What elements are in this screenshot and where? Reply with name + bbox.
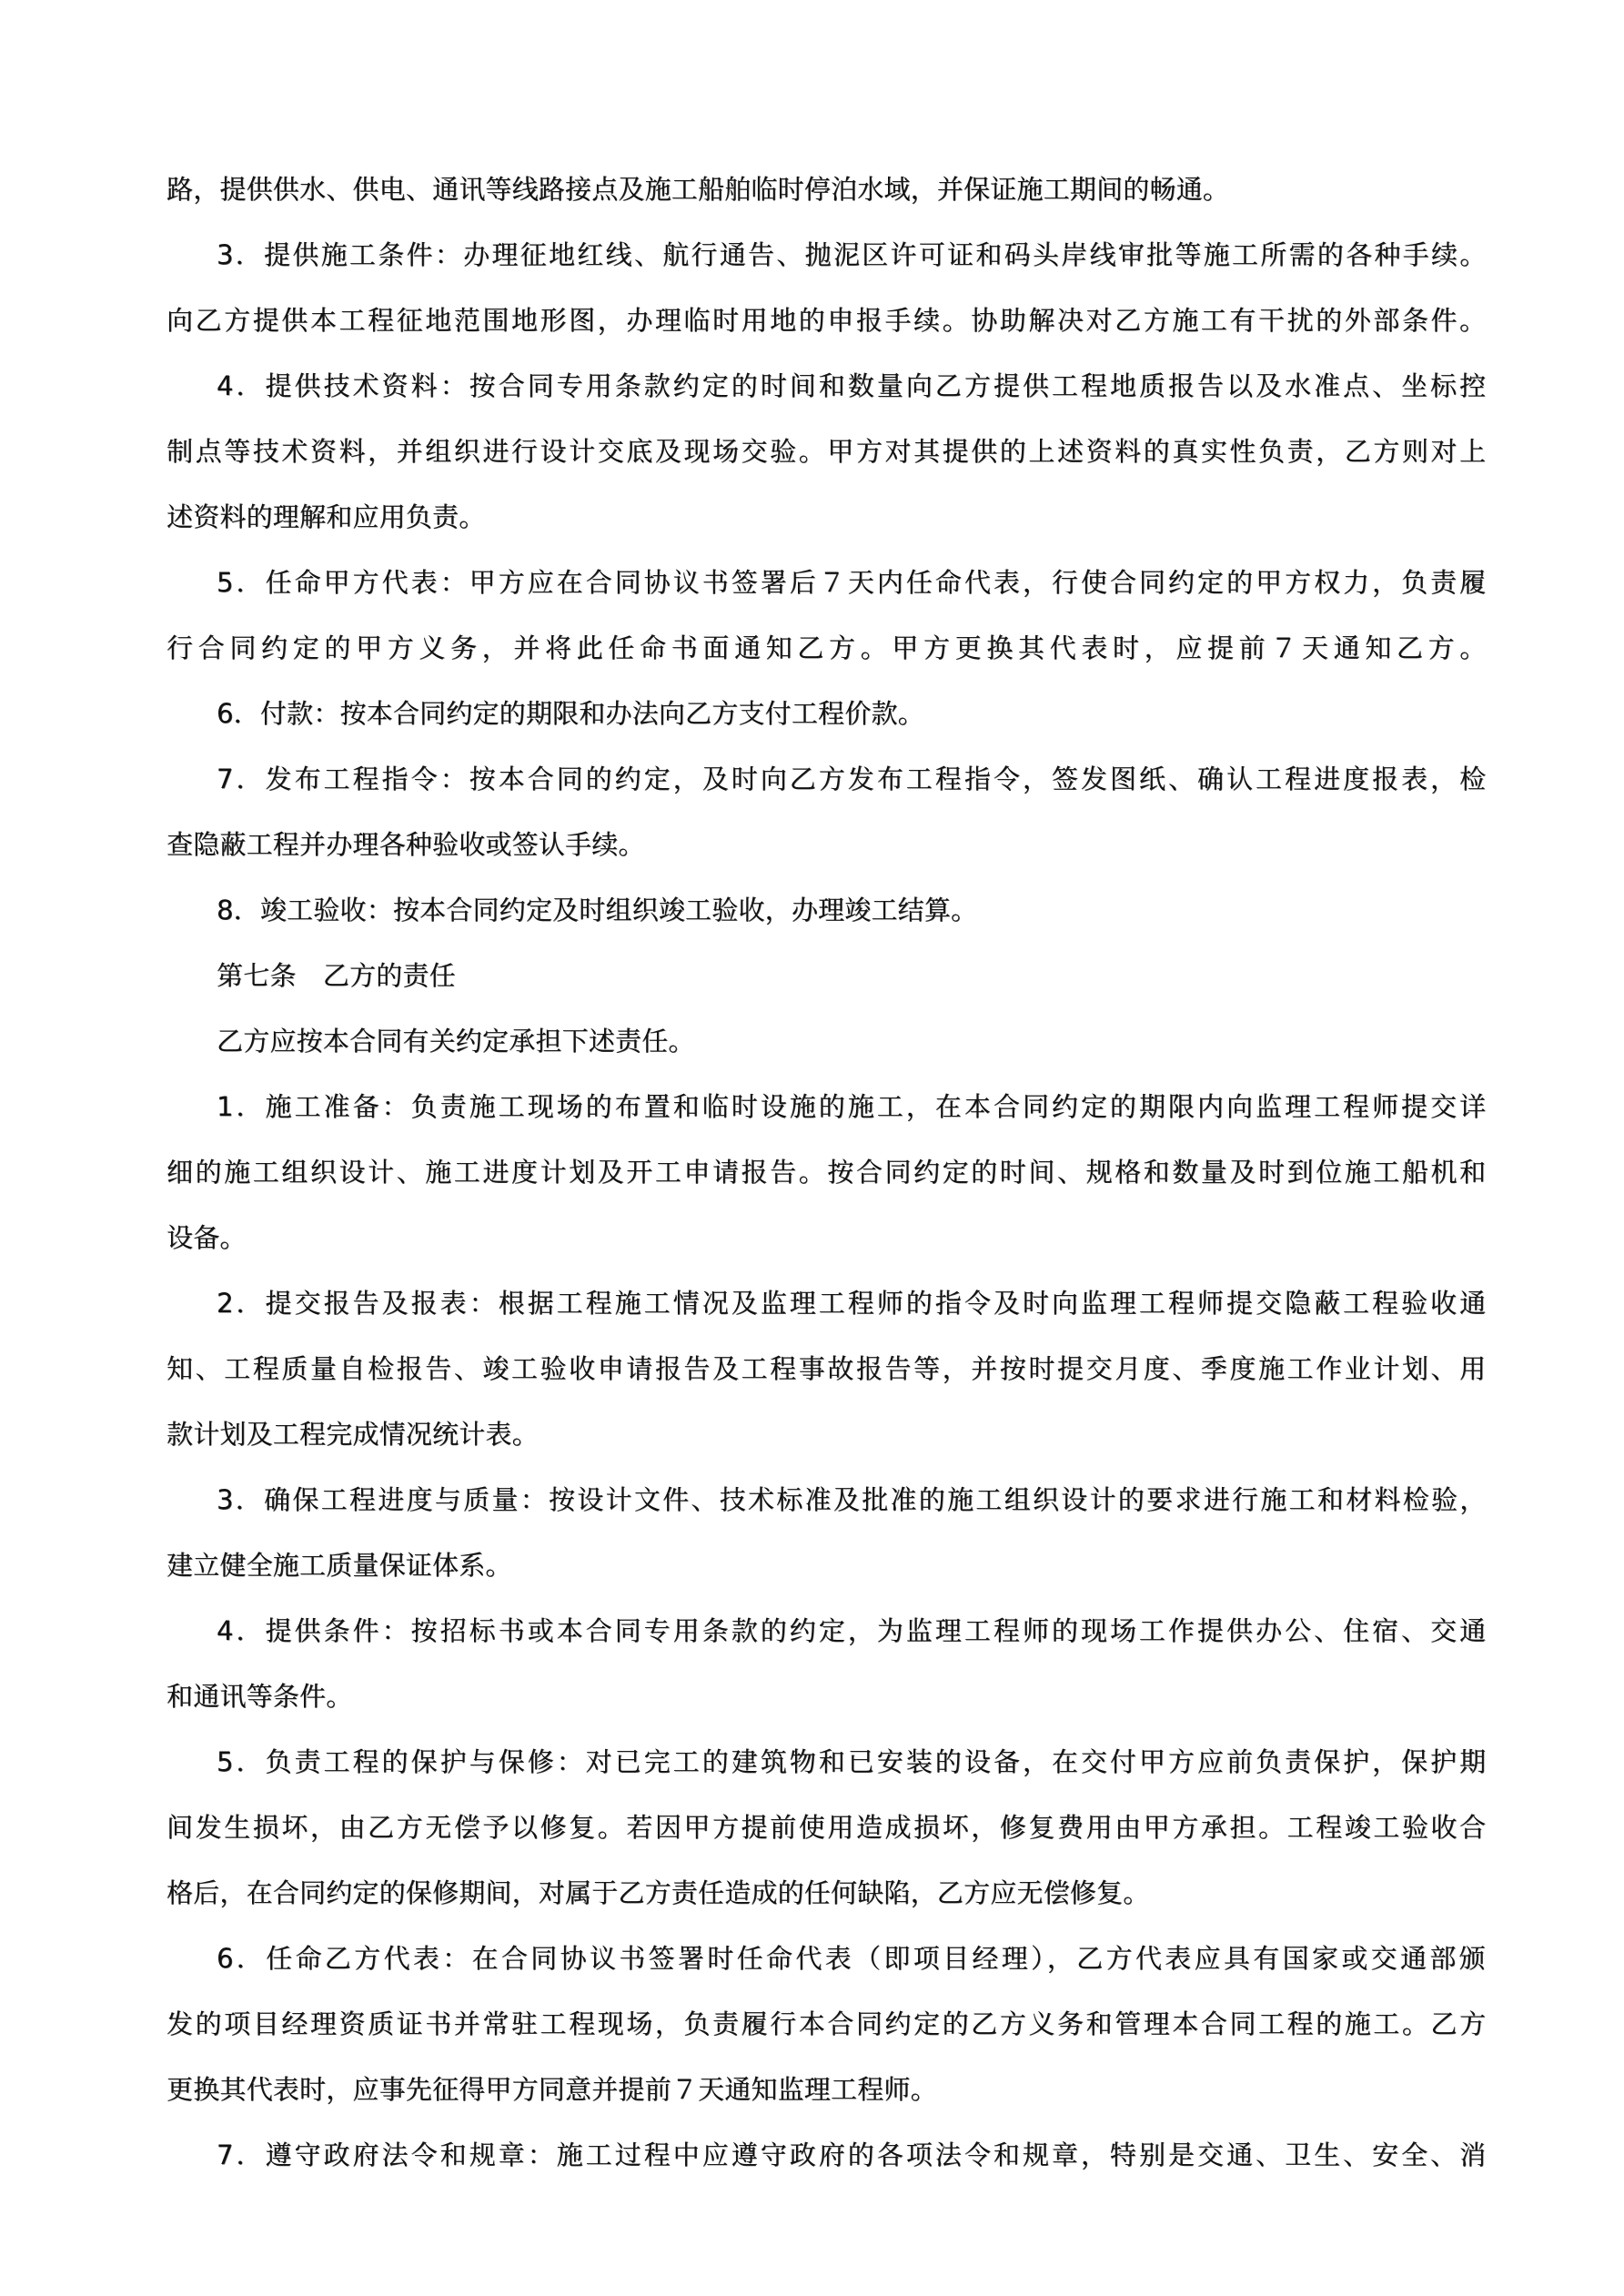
paragraph-first-line: 4．提供条件：按招标书或本合同专用条款的约定，为监理工程师的现场工作提供办公、住… [217,1614,1488,1647]
paragraph-first-line: 6．付款：按本合同约定的期限和办法向乙方支付工程价款。 [217,697,924,730]
paragraph-first-line: 7．发布工程指令：按本合同的约定，及时向乙方发布工程指令，签发图纸、确认工程进度… [217,763,1488,795]
paragraph-line: 述资料的理解和应用负责。 [166,501,485,533]
paragraph-first-line: 3．确保工程进度与质量：按设计文件、技术标准及批准的施工组织设计的要求进行施工和… [217,1483,1488,1516]
paragraph-first-line: 乙方应按本合同有关约定承担下述责任。 [217,1025,695,1057]
paragraph-first-line: 3．提供施工条件：办理征地红线、航行通告、抛泥区许可证和码头岸线审批等施工所需的… [217,238,1488,271]
paragraph-line: 更换其代表时，应事先征得甲方同意并提前７天通知监理工程师。 [166,2073,937,2106]
paragraph-line: 向乙方提供本工程征地范围地形图，办理临时用地的申报手续。协助解决对乙方施工有干扰… [166,304,1488,337]
paragraph-first-line: 7．遵守政府法令和规章：施工过程中应遵守政府的各项法令和规章，特别是交通、卫生、… [217,2139,1488,2171]
paragraph-first-line: 1．施工准备：负责施工现场的布置和临时设施的施工，在本合同约定的期限内向监理工程… [217,1090,1488,1123]
paragraph-line: 和通讯等条件。 [166,1680,352,1713]
paragraph-line: 间发生损坏，由乙方无偿予以修复。若因甲方提前使用造成损坏，修复费用由甲方承担。工… [166,1811,1488,1844]
paragraph-first-line: 第七条 乙方的责任 [217,959,456,992]
paragraph-line: 款计划及工程完成情况统计表。 [166,1418,539,1451]
paragraph-first-line: 4．提供技术资料：按合同专用条款约定的时间和数量向乙方提供工程地质报告以及水准点… [217,369,1488,402]
paragraph-line: 行合同约定的甲方义务，并将此任命书面通知乙方。甲方更换其代表时，应提前７天通知乙… [166,632,1491,664]
paragraph-line: 格后，在合同约定的保修期间，对属于乙方责任造成的任何缺陷，乙方应无偿修复。 [166,1876,1149,1909]
paragraph-line: 建立健全施工质量保证体系。 [166,1549,512,1582]
paragraph-first-line: 2．提交报告及报表：根据工程施工情况及监理工程师的指令及时向监理工程师提交隐蔽工… [217,1287,1488,1320]
paragraph-first-line: 5．负责工程的保护与保修：对已完工的建筑物和已安装的设备，在交付甲方应前负责保护… [217,1745,1488,1778]
paragraph-line: 查隐蔽工程并办理各种验收或签认手续。 [166,828,645,861]
paragraph-first-line: 8．竣工验收：按本合同约定及时组织竣工验收，办理竣工结算。 [217,894,977,926]
paragraph-first-line: 6．任命乙方代表：在合同协议书签署时任命代表（即项目经理），乙方代表应具有国家或… [217,1942,1488,1975]
paragraph-line: 知、工程质量自检报告、竣工验收申请报告及工程事故报告等，并按时提交月度、季度施工… [166,1352,1488,1385]
paragraph-line: 细的施工组织设计、施工进度计划及开工申请报告。按合同约定的时间、规格和数量及时到… [166,1156,1488,1188]
paragraph-line: 发的项目经理资质证书并常驻工程现场，负责履行本合同约定的乙方义务和管理本合同工程… [166,2008,1488,2040]
paragraph-line: 设备。 [166,1221,247,1254]
paragraph-first-line: 5．任命甲方代表：甲方应在合同协议书签署后７天内任命代表，行使合同约定的甲方权力… [217,566,1488,599]
paragraph-line: 制点等技术资料，并组织进行设计交底及现场交验。甲方对其提供的上述资料的真实性负责… [166,435,1488,468]
paragraph-line: 路，提供供水、供电、通讯等线路接点及施工船舶临时停泊水域，并保证施工期间的畅通。 [166,173,1229,206]
